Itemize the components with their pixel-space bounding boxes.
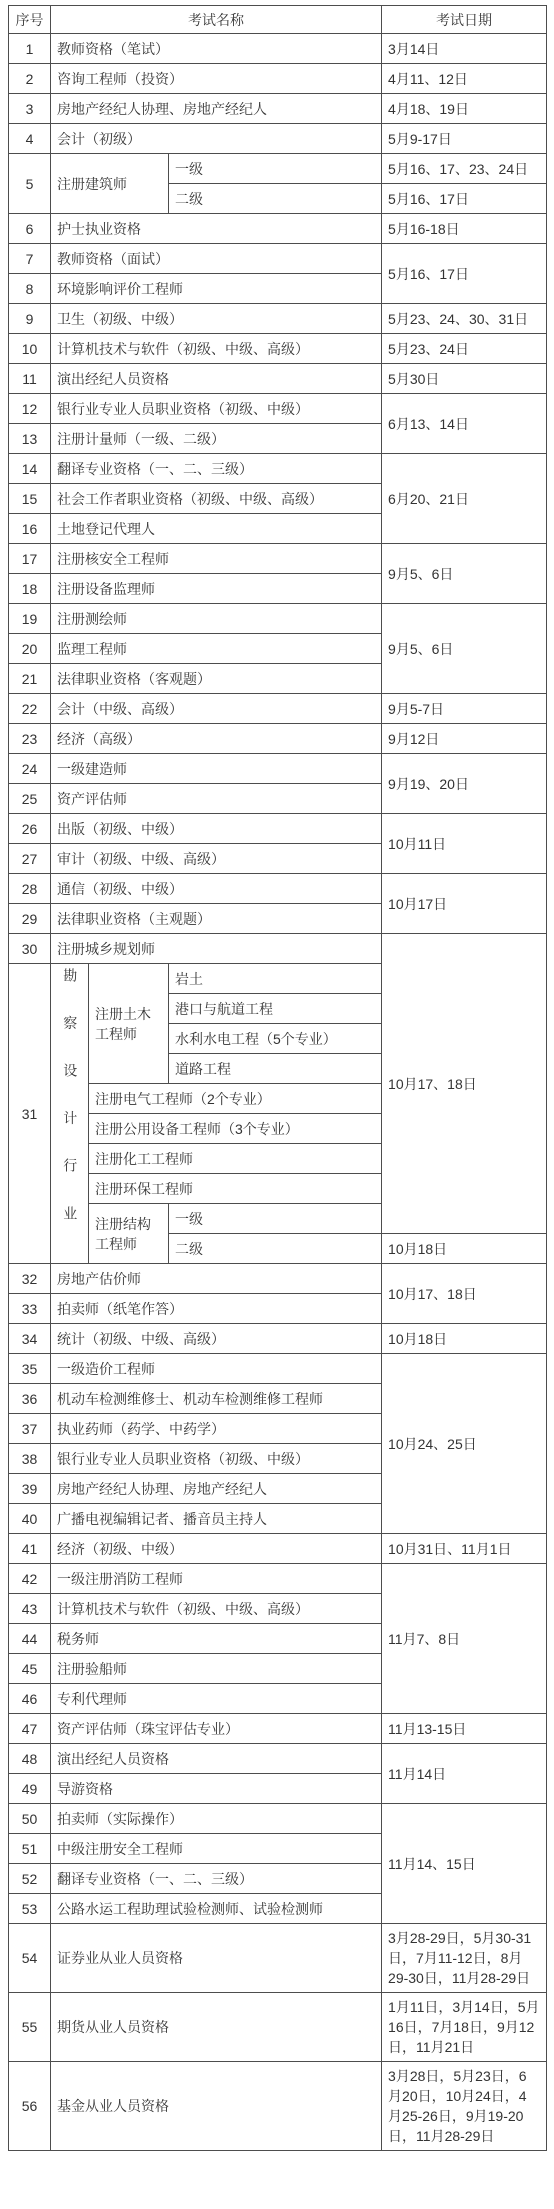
exam-sublevel-cell: 注册电气工程师（2个专业） <box>89 1084 382 1114</box>
exam-date-cell: 3月28日，5月23日，6月20日，10月24日，4月25-26日，9月19-2… <box>382 2062 547 2151</box>
row-number-cell: 2 <box>9 64 51 94</box>
row-number-cell: 27 <box>9 844 51 874</box>
row-number-cell: 26 <box>9 814 51 844</box>
exam-name-cell: 咨询工程师（投资） <box>51 64 382 94</box>
row-number-cell: 50 <box>9 1804 51 1834</box>
exam-date-cell: 6月20、21日 <box>382 454 547 544</box>
table-row: 30注册城乡规划师10月17、18日 <box>9 934 547 964</box>
table-row: 50拍卖师（实际操作）11月14、15日 <box>9 1804 547 1834</box>
exam-name-cell: 房地产估价师 <box>51 1264 382 1294</box>
table-row: 34统计（初级、中级、高级）10月18日 <box>9 1324 547 1354</box>
exam-name-cell: 机动车检测维修士、机动车检测维修工程师 <box>51 1384 382 1414</box>
exam-name-cell: 房地产经纪人协理、房地产经纪人 <box>51 1474 382 1504</box>
exam-name-cell: 银行业专业人员职业资格（初级、中级） <box>51 1444 382 1474</box>
exam-date-cell: 3月28-29日，5月30-31日，7月11-12日，8月29-30日，11月2… <box>382 1924 547 1993</box>
exam-date-cell: 11月14、15日 <box>382 1804 547 1924</box>
row-number-cell: 22 <box>9 694 51 724</box>
table-row: 22会计（中级、高级）9月5-7日 <box>9 694 547 724</box>
exam-name-cell: 环境影响评价工程师 <box>51 274 382 304</box>
row-number-cell: 44 <box>9 1624 51 1654</box>
row-number-cell: 15 <box>9 484 51 514</box>
exam-name-cell: 房地产经纪人协理、房地产经纪人 <box>51 94 382 124</box>
table-row: 23经济（高级）9月12日 <box>9 724 547 754</box>
page: 序号 考试名称 考试日期 1教师资格（笔试）3月14日2咨询工程师（投资）4月1… <box>0 0 554 2159</box>
table-row: 28通信（初级、中级）10月17日 <box>9 874 547 904</box>
row-number-cell: 48 <box>9 1744 51 1774</box>
row-number-cell: 8 <box>9 274 51 304</box>
table-row: 1教师资格（笔试）3月14日 <box>9 34 547 64</box>
exam-name-cell: 护士执业资格 <box>51 214 382 244</box>
exam-name-cell: 导游资格 <box>51 1774 382 1804</box>
exam-name-cell: 资产评估师（珠宝评估专业） <box>51 1714 382 1744</box>
exam-sublevel-cell: 道路工程 <box>169 1054 382 1084</box>
row-number-cell: 6 <box>9 214 51 244</box>
table-row: 11演出经纪人员资格5月30日 <box>9 364 547 394</box>
table-header: 序号 考试名称 考试日期 <box>9 6 547 34</box>
row-number-cell: 54 <box>9 1924 51 1993</box>
row-number-cell: 46 <box>9 1684 51 1714</box>
row-number-cell: 7 <box>9 244 51 274</box>
row-number-cell: 28 <box>9 874 51 904</box>
exam-name-cell: 演出经纪人员资格 <box>51 364 382 394</box>
exam-sublevel-cell: 注册化工工程师 <box>89 1144 382 1174</box>
exam-name-cell: 证券业从业人员资格 <box>51 1924 382 1993</box>
row-number-cell: 51 <box>9 1834 51 1864</box>
exam-name-cell: 会计（初级） <box>51 124 382 154</box>
exam-name-cell: 演出经纪人员资格 <box>51 1744 382 1774</box>
exam-name-cell: 经济（高级） <box>51 724 382 754</box>
exam-date-cell: 9月5、6日 <box>382 544 547 604</box>
exam-sublevel-cell: 注册环保工程师 <box>89 1174 382 1204</box>
exam-date-cell: 6月13、14日 <box>382 394 547 454</box>
exam-name-cell: 注册核安全工程师 <box>51 544 382 574</box>
row-number-cell: 24 <box>9 754 51 784</box>
exam-name-cell: 注册测绘师 <box>51 604 382 634</box>
row-number-cell: 43 <box>9 1594 51 1624</box>
row-number-cell: 14 <box>9 454 51 484</box>
exam-date-cell: 5月16、17日 <box>382 244 547 304</box>
exam-name-cell: 一级建造师 <box>51 754 382 784</box>
table-row: 10计算机技术与软件（初级、中级、高级）5月23、24日 <box>9 334 547 364</box>
row-number-cell: 21 <box>9 664 51 694</box>
exam-name-cell: 注册计量师（一级、二级） <box>51 424 382 454</box>
exam-date-cell: 5月23、24日 <box>382 334 547 364</box>
exam-date-cell: 9月5-7日 <box>382 694 547 724</box>
exam-date-cell: 4月11、12日 <box>382 64 547 94</box>
row-number-cell: 36 <box>9 1384 51 1414</box>
exam-group-cell: 注册建筑师 <box>51 154 169 214</box>
row-number-cell: 56 <box>9 2062 51 2151</box>
exam-name-cell: 广播电视编辑记者、播音员主持人 <box>51 1504 382 1534</box>
exam-sublevel-cell: 注册公用设备工程师（3个专业） <box>89 1114 382 1144</box>
exam-name-cell: 公路水运工程助理试验检测师、试验检测师 <box>51 1894 382 1924</box>
table-row: 41经济（初级、中级）10月31日、11月1日 <box>9 1534 547 1564</box>
industry-category-vertical-text: 勘察设计行业 <box>62 968 77 1254</box>
row-number-cell: 23 <box>9 724 51 754</box>
row-number-cell: 25 <box>9 784 51 814</box>
exam-date-cell: 11月14日 <box>382 1744 547 1804</box>
row-number-cell: 52 <box>9 1864 51 1894</box>
row-number-cell: 5 <box>9 154 51 214</box>
exam-name-cell: 期货从业人员资格 <box>51 1993 382 2062</box>
exam-sublevel-cell: 岩土 <box>169 964 382 994</box>
exam-name-cell: 审计（初级、中级、高级） <box>51 844 382 874</box>
table-row: 6护士执业资格5月16-18日 <box>9 214 547 244</box>
table-row: 48演出经纪人员资格11月14日 <box>9 1744 547 1774</box>
exam-name-cell: 执业药师（药学、中药学） <box>51 1414 382 1444</box>
row-number-cell: 40 <box>9 1504 51 1534</box>
row-number-cell: 19 <box>9 604 51 634</box>
exam-name-cell: 中级注册安全工程师 <box>51 1834 382 1864</box>
table-row: 47资产评估师（珠宝评估专业）11月13-15日 <box>9 1714 547 1744</box>
exam-name-cell: 法律职业资格（主观题） <box>51 904 382 934</box>
row-number-cell: 3 <box>9 94 51 124</box>
header-exam-name: 考试名称 <box>51 6 382 34</box>
exam-name-cell: 教师资格（笔试） <box>51 34 382 64</box>
exam-name-cell: 社会工作者职业资格（初级、中级、高级） <box>51 484 382 514</box>
exam-sublevel-cell: 一级 <box>169 154 382 184</box>
table-row: 19注册测绘师9月5、6日 <box>9 604 547 634</box>
row-number-cell: 10 <box>9 334 51 364</box>
table-row: 5注册建筑师一级5月16、17、23、24日 <box>9 154 547 184</box>
row-number-cell: 16 <box>9 514 51 544</box>
exam-name-cell: 税务师 <box>51 1624 382 1654</box>
exam-date-cell: 4月18、19日 <box>382 94 547 124</box>
table-row: 55期货从业人员资格1月11日，3月14日，5月16日，7月18日，9月12日，… <box>9 1993 547 2062</box>
exam-name-cell: 注册城乡规划师 <box>51 934 382 964</box>
exam-name-cell: 卫生（初级、中级） <box>51 304 382 334</box>
table-row: 26出版（初级、中级）10月11日 <box>9 814 547 844</box>
exam-name-cell: 通信（初级、中级） <box>51 874 382 904</box>
exam-date-cell: 9月5、6日 <box>382 604 547 694</box>
exam-date-cell: 10月11日 <box>382 814 547 874</box>
table-row: 35一级造价工程师10月24、25日 <box>9 1354 547 1384</box>
exam-name-cell: 会计（中级、高级） <box>51 694 382 724</box>
exam-name-cell: 一级注册消防工程师 <box>51 1564 382 1594</box>
row-number-cell: 12 <box>9 394 51 424</box>
row-number-cell: 49 <box>9 1774 51 1804</box>
exam-name-cell: 监理工程师 <box>51 634 382 664</box>
header-row: 序号 考试名称 考试日期 <box>9 6 547 34</box>
table-row: 24一级建造师9月19、20日 <box>9 754 547 784</box>
exam-name-cell: 专利代理师 <box>51 1684 382 1714</box>
exam-sublevel-cell: 二级 <box>169 1234 382 1264</box>
row-number-cell: 1 <box>9 34 51 64</box>
industry-category-cell: 勘察设计行业 <box>51 964 89 1264</box>
exam-name-cell: 翻译专业资格（一、二、三级） <box>51 1864 382 1894</box>
row-number-cell: 13 <box>9 424 51 454</box>
exam-group-cell: 注册土木工程师 <box>89 964 169 1084</box>
exam-sublevel-cell: 一级 <box>169 1204 382 1234</box>
row-number-cell: 4 <box>9 124 51 154</box>
exam-date-cell: 10月17、18日 <box>382 934 547 1234</box>
exam-name-cell: 银行业专业人员职业资格（初级、中级） <box>51 394 382 424</box>
row-number-cell: 39 <box>9 1474 51 1504</box>
row-number-cell: 35 <box>9 1354 51 1384</box>
row-number-cell: 55 <box>9 1993 51 2062</box>
exam-name-cell: 经济（初级、中级） <box>51 1534 382 1564</box>
exam-date-cell: 10月31日、11月1日 <box>382 1534 547 1564</box>
exam-name-cell: 计算机技术与软件（初级、中级、高级） <box>51 334 382 364</box>
row-number-cell: 9 <box>9 304 51 334</box>
exam-name-cell: 资产评估师 <box>51 784 382 814</box>
exam-name-cell: 拍卖师（纸笔作答） <box>51 1294 382 1324</box>
row-number-cell: 31 <box>9 964 51 1264</box>
table-row: 54证券业从业人员资格3月28-29日，5月30-31日，7月11-12日，8月… <box>9 1924 547 1993</box>
exam-name-cell: 统计（初级、中级、高级） <box>51 1324 382 1354</box>
table-row: 7教师资格（面试）5月16、17日 <box>9 244 547 274</box>
table-row: 56基金从业人员资格3月28日，5月23日，6月20日，10月24日，4月25-… <box>9 2062 547 2151</box>
table-row: 14翻译专业资格（一、二、三级）6月20、21日 <box>9 454 547 484</box>
exam-date-cell: 10月17、18日 <box>382 1264 547 1324</box>
row-number-cell: 32 <box>9 1264 51 1294</box>
row-number-cell: 34 <box>9 1324 51 1354</box>
row-number-cell: 18 <box>9 574 51 604</box>
row-number-cell: 53 <box>9 1894 51 1924</box>
table-body: 1教师资格（笔试）3月14日2咨询工程师（投资）4月11、12日3房地产经纪人协… <box>9 34 547 2151</box>
row-number-cell: 20 <box>9 634 51 664</box>
row-number-cell: 41 <box>9 1534 51 1564</box>
table-row: 2咨询工程师（投资）4月11、12日 <box>9 64 547 94</box>
row-number-cell: 17 <box>9 544 51 574</box>
row-number-cell: 47 <box>9 1714 51 1744</box>
exam-name-cell: 基金从业人员资格 <box>51 2062 382 2151</box>
table-row: 3房地产经纪人协理、房地产经纪人4月18、19日 <box>9 94 547 124</box>
row-number-cell: 33 <box>9 1294 51 1324</box>
exam-date-cell: 9月12日 <box>382 724 547 754</box>
row-number-cell: 11 <box>9 364 51 394</box>
exam-group-cell: 注册结构工程师 <box>89 1204 169 1264</box>
header-exam-date: 考试日期 <box>382 6 547 34</box>
row-number-cell: 45 <box>9 1654 51 1684</box>
exam-date-cell: 5月16、17日 <box>382 184 547 214</box>
table-row: 42一级注册消防工程师11月7、8日 <box>9 1564 547 1594</box>
exam-date-cell: 10月17日 <box>382 874 547 934</box>
exam-name-cell: 教师资格（面试） <box>51 244 382 274</box>
row-number-cell: 29 <box>9 904 51 934</box>
row-number-cell: 37 <box>9 1414 51 1444</box>
table-row: 17注册核安全工程师9月5、6日 <box>9 544 547 574</box>
row-number-cell: 30 <box>9 934 51 964</box>
exam-name-cell: 翻译专业资格（一、二、三级） <box>51 454 382 484</box>
exam-date-cell: 5月16-18日 <box>382 214 547 244</box>
exam-sublevel-cell: 水利水电工程（5个专业） <box>169 1024 382 1054</box>
exam-date-cell: 10月18日 <box>382 1234 547 1264</box>
exam-schedule-table: 序号 考试名称 考试日期 1教师资格（笔试）3月14日2咨询工程师（投资）4月1… <box>8 5 547 2151</box>
table-row: 9卫生（初级、中级）5月23、24、30、31日 <box>9 304 547 334</box>
header-number: 序号 <box>9 6 51 34</box>
exam-sublevel-cell: 二级 <box>169 184 382 214</box>
exam-date-cell: 10月18日 <box>382 1324 547 1354</box>
exam-date-cell: 11月7、8日 <box>382 1564 547 1714</box>
exam-date-cell: 5月9-17日 <box>382 124 547 154</box>
exam-date-cell: 5月30日 <box>382 364 547 394</box>
table-row: 12银行业专业人员职业资格（初级、中级）6月13、14日 <box>9 394 547 424</box>
exam-date-cell: 1月11日，3月14日，5月16日，7月18日，9月12日，11月21日 <box>382 1993 547 2062</box>
exam-date-cell: 9月19、20日 <box>382 754 547 814</box>
table-row: 32房地产估价师10月17、18日 <box>9 1264 547 1294</box>
exam-date-cell: 5月23、24、30、31日 <box>382 304 547 334</box>
exam-name-cell: 注册验船师 <box>51 1654 382 1684</box>
exam-date-cell: 3月14日 <box>382 34 547 64</box>
row-number-cell: 42 <box>9 1564 51 1594</box>
row-number-cell: 38 <box>9 1444 51 1474</box>
exam-date-cell: 10月24、25日 <box>382 1354 547 1534</box>
table-row: 4会计（初级）5月9-17日 <box>9 124 547 154</box>
exam-name-cell: 土地登记代理人 <box>51 514 382 544</box>
exam-name-cell: 拍卖师（实际操作） <box>51 1804 382 1834</box>
exam-date-cell: 11月13-15日 <box>382 1714 547 1744</box>
exam-name-cell: 注册设备监理师 <box>51 574 382 604</box>
exam-name-cell: 法律职业资格（客观题） <box>51 664 382 694</box>
exam-sublevel-cell: 港口与航道工程 <box>169 994 382 1024</box>
exam-name-cell: 计算机技术与软件（初级、中级、高级） <box>51 1594 382 1624</box>
exam-name-cell: 一级造价工程师 <box>51 1354 382 1384</box>
exam-date-cell: 5月16、17、23、24日 <box>382 154 547 184</box>
exam-name-cell: 出版（初级、中级） <box>51 814 382 844</box>
